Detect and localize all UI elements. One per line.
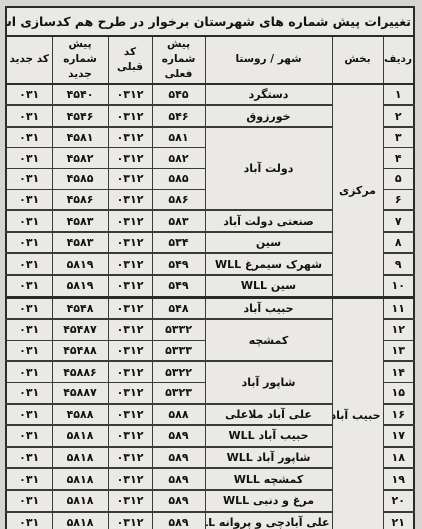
table-row: ۱ مرکزی دستگرد ۵۴۵ ۰۳۱۲ ۴۵۴۰ ۰۳۱ [6,84,414,106]
cell-current-prefix: ۵۸۹ [152,468,205,490]
cell-city: کمشچه WLL [205,468,332,490]
cell-new-prefix: ۵۸۱۸ [52,512,108,529]
cell-new-code: ۰۳۱ [6,447,52,469]
header-new-prefix-line1: پیش شماره [55,37,106,67]
cell-new-code: ۰۳۱ [6,361,52,382]
cell-new-prefix: ۴۵۸۳ [52,210,108,232]
cell-row-no: ۴ [383,148,414,169]
cell-new-code: ۰۳۱ [6,210,52,232]
cell-city: شاپور آباد [205,361,332,403]
cell-row-no: ۱۸ [383,447,414,469]
cell-current-prefix: ۵۸۶ [152,189,205,210]
cell-old-code: ۰۳۱۲ [108,382,152,403]
header-current-prefix-line2: فعلی [155,67,203,82]
cell-new-code: ۰۳۱ [6,319,52,340]
cell-old-code: ۰۳۱۲ [108,127,152,148]
cell-current-prefix: ۵۴۹ [152,275,205,297]
cell-new-prefix: ۵۸۱۸ [52,490,108,512]
cell-current-prefix: ۵۸۹ [152,490,205,512]
cell-row-no: ۱ [383,84,414,106]
cell-row-no: ۵ [383,169,414,190]
header-city: شهر / روستا [205,36,332,84]
prefix-change-table: تغییرات پیش شماره های شهرستان برخوار در … [5,6,415,529]
cell-old-code: ۰۳۱۲ [108,319,152,340]
cell-new-code: ۰۳۱ [6,468,52,490]
document-page: تغییرات پیش شماره های شهرستان برخوار در … [0,0,422,529]
cell-row-no: ۱۹ [383,468,414,490]
cell-city: صنعتی دولت آباد [205,210,332,232]
cell-current-prefix: ۵۸۲ [152,148,205,169]
header-current-prefix: پیش شماره فعلی [152,36,205,84]
cell-current-prefix: ۵۴۹ [152,253,205,275]
cell-new-code: ۰۳۱ [6,253,52,275]
cell-new-prefix: ۴۵۴۸ [52,297,108,319]
cell-new-prefix: ۴۵۸۲ [52,148,108,169]
table-row: ۱۱ حبیب آباد حبیب آباد ۵۴۸ ۰۳۱۲ ۴۵۴۸ ۰۳۱ [6,297,414,319]
cell-new-prefix: ۴۵۴۸۷ [52,319,108,340]
cell-new-code: ۰۳۱ [6,127,52,148]
cell-city: شهرک سیمرغ WLL [205,253,332,275]
cell-old-code: ۰۳۱۲ [108,210,152,232]
cell-city: حبیب آباد WLL [205,425,332,447]
cell-new-prefix: ۴۵۴۸۸ [52,340,108,361]
cell-new-code: ۰۳۱ [6,275,52,297]
cell-row-no: ۱۶ [383,404,414,426]
cell-current-prefix: ۵۳۴ [152,232,205,254]
cell-city: خورزوق [205,105,332,127]
table-header-row: ردیف بخش شهر / روستا پیش شماره فعلی کد ق… [6,36,414,84]
cell-city: علی آبادچی و پروانه WLL [205,512,332,529]
cell-new-prefix: ۵۸۱۹ [52,275,108,297]
cell-new-prefix: ۴۵۴۶ [52,105,108,127]
cell-current-prefix: ۵۸۳ [152,210,205,232]
header-district: بخش [332,36,383,84]
cell-new-code: ۰۳۱ [6,404,52,426]
cell-old-code: ۰۳۱۲ [108,275,152,297]
cell-district-habibabad: حبیب آباد [332,297,383,529]
cell-new-code: ۰۳۱ [6,512,52,529]
cell-old-code: ۰۳۱۲ [108,232,152,254]
cell-row-no: ۱۰ [383,275,414,297]
cell-new-code: ۰۳۱ [6,425,52,447]
cell-new-code: ۰۳۱ [6,297,52,319]
cell-current-prefix: ۵۴۵ [152,84,205,106]
cell-old-code: ۰۳۱۲ [108,297,152,319]
cell-current-prefix: ۵۳۳۲ [152,319,205,340]
cell-current-prefix: ۵۸۸ [152,404,205,426]
cell-old-code: ۰۳۱۲ [108,361,152,382]
cell-current-prefix: ۵۳۳۳ [152,340,205,361]
cell-row-no: ۳ [383,127,414,148]
cell-new-code: ۰۳۱ [6,490,52,512]
cell-city: کمشچه [205,319,332,361]
cell-new-prefix: ۴۵۸۶ [52,189,108,210]
cell-new-prefix: ۵۸۱۸ [52,468,108,490]
cell-row-no: ۱۵ [383,382,414,403]
cell-new-code: ۰۳۱ [6,148,52,169]
cell-new-prefix: ۵۸۱۸ [52,447,108,469]
table-title-row: تغییرات پیش شماره های شهرستان برخوار در … [6,7,414,36]
cell-current-prefix: ۵۳۲۲ [152,361,205,382]
cell-current-prefix: ۵۴۸ [152,297,205,319]
cell-old-code: ۰۳۱۲ [108,189,152,210]
cell-new-code: ۰۳۱ [6,382,52,403]
cell-old-code: ۰۳۱۲ [108,340,152,361]
cell-city: سین [205,232,332,254]
cell-old-code: ۰۳۱۲ [108,425,152,447]
cell-new-prefix: ۴۵۸۸۷ [52,382,108,403]
cell-old-code: ۰۳۱۲ [108,404,152,426]
cell-new-prefix: ۵۸۱۹ [52,253,108,275]
cell-row-no: ۸ [383,232,414,254]
cell-row-no: ۷ [383,210,414,232]
cell-current-prefix: ۵۸۱ [152,127,205,148]
header-old-code: کد قبلی [108,36,152,84]
cell-current-prefix: ۵۸۹ [152,447,205,469]
cell-new-code: ۰۳۱ [6,232,52,254]
header-new-prefix-line2: جدید [55,67,106,82]
cell-row-no: ۹ [383,253,414,275]
cell-row-no: ۱۲ [383,319,414,340]
cell-current-prefix: ۵۴۶ [152,105,205,127]
cell-district-markazi: مرکزی [332,84,383,297]
cell-new-prefix: ۴۵۸۸۶ [52,361,108,382]
cell-city: حبیب آباد [205,297,332,319]
cell-new-code: ۰۳۱ [6,189,52,210]
cell-new-code: ۰۳۱ [6,340,52,361]
cell-old-code: ۰۳۱۲ [108,148,152,169]
cell-new-prefix: ۴۵۸۳ [52,232,108,254]
cell-old-code: ۰۳۱۲ [108,84,152,106]
cell-old-code: ۰۳۱۲ [108,105,152,127]
cell-city: سین WLL [205,275,332,297]
cell-new-code: ۰۳۱ [6,169,52,190]
cell-new-prefix: ۵۸۱۸ [52,425,108,447]
cell-current-prefix: ۵۸۵ [152,169,205,190]
cell-old-code: ۰۳۱۲ [108,468,152,490]
cell-row-no: ۱۷ [383,425,414,447]
cell-city: دستگرد [205,84,332,106]
cell-current-prefix: ۵۸۹ [152,512,205,529]
cell-row-no: ۲ [383,105,414,127]
cell-row-no: ۶ [383,189,414,210]
cell-row-no: ۱۳ [383,340,414,361]
cell-new-code: ۰۳۱ [6,84,52,106]
cell-row-no: ۱۱ [383,297,414,319]
cell-new-prefix: ۴۵۴۰ [52,84,108,106]
cell-new-prefix: ۴۵۸۸ [52,404,108,426]
cell-row-no: ۱۴ [383,361,414,382]
cell-new-prefix: ۴۵۸۵ [52,169,108,190]
cell-city: علی آباد ملاعلی [205,404,332,426]
cell-old-code: ۰۳۱۲ [108,490,152,512]
cell-current-prefix: ۵۸۹ [152,425,205,447]
cell-row-no: ۲۰ [383,490,414,512]
page-title: تغییرات پیش شماره های شهرستان برخوار در … [6,7,414,36]
header-new-prefix: پیش شماره جدید [52,36,108,84]
cell-old-code: ۰۳۱۲ [108,447,152,469]
cell-current-prefix: ۵۳۲۳ [152,382,205,403]
cell-row-no: ۲۱ [383,512,414,529]
header-current-prefix-line1: پیش شماره [155,37,203,67]
cell-city: شاپور آباد WLL [205,447,332,469]
cell-old-code: ۰۳۱۲ [108,253,152,275]
cell-new-code: ۰۳۱ [6,105,52,127]
header-row-no: ردیف [383,36,414,84]
cell-old-code: ۰۳۱۲ [108,512,152,529]
cell-new-prefix: ۴۵۸۱ [52,127,108,148]
header-new-code: کد جدید [6,36,52,84]
cell-old-code: ۰۳۱۲ [108,169,152,190]
cell-city: مرغ و دنبی WLL [205,490,332,512]
cell-city: دولت آباد [205,127,332,210]
